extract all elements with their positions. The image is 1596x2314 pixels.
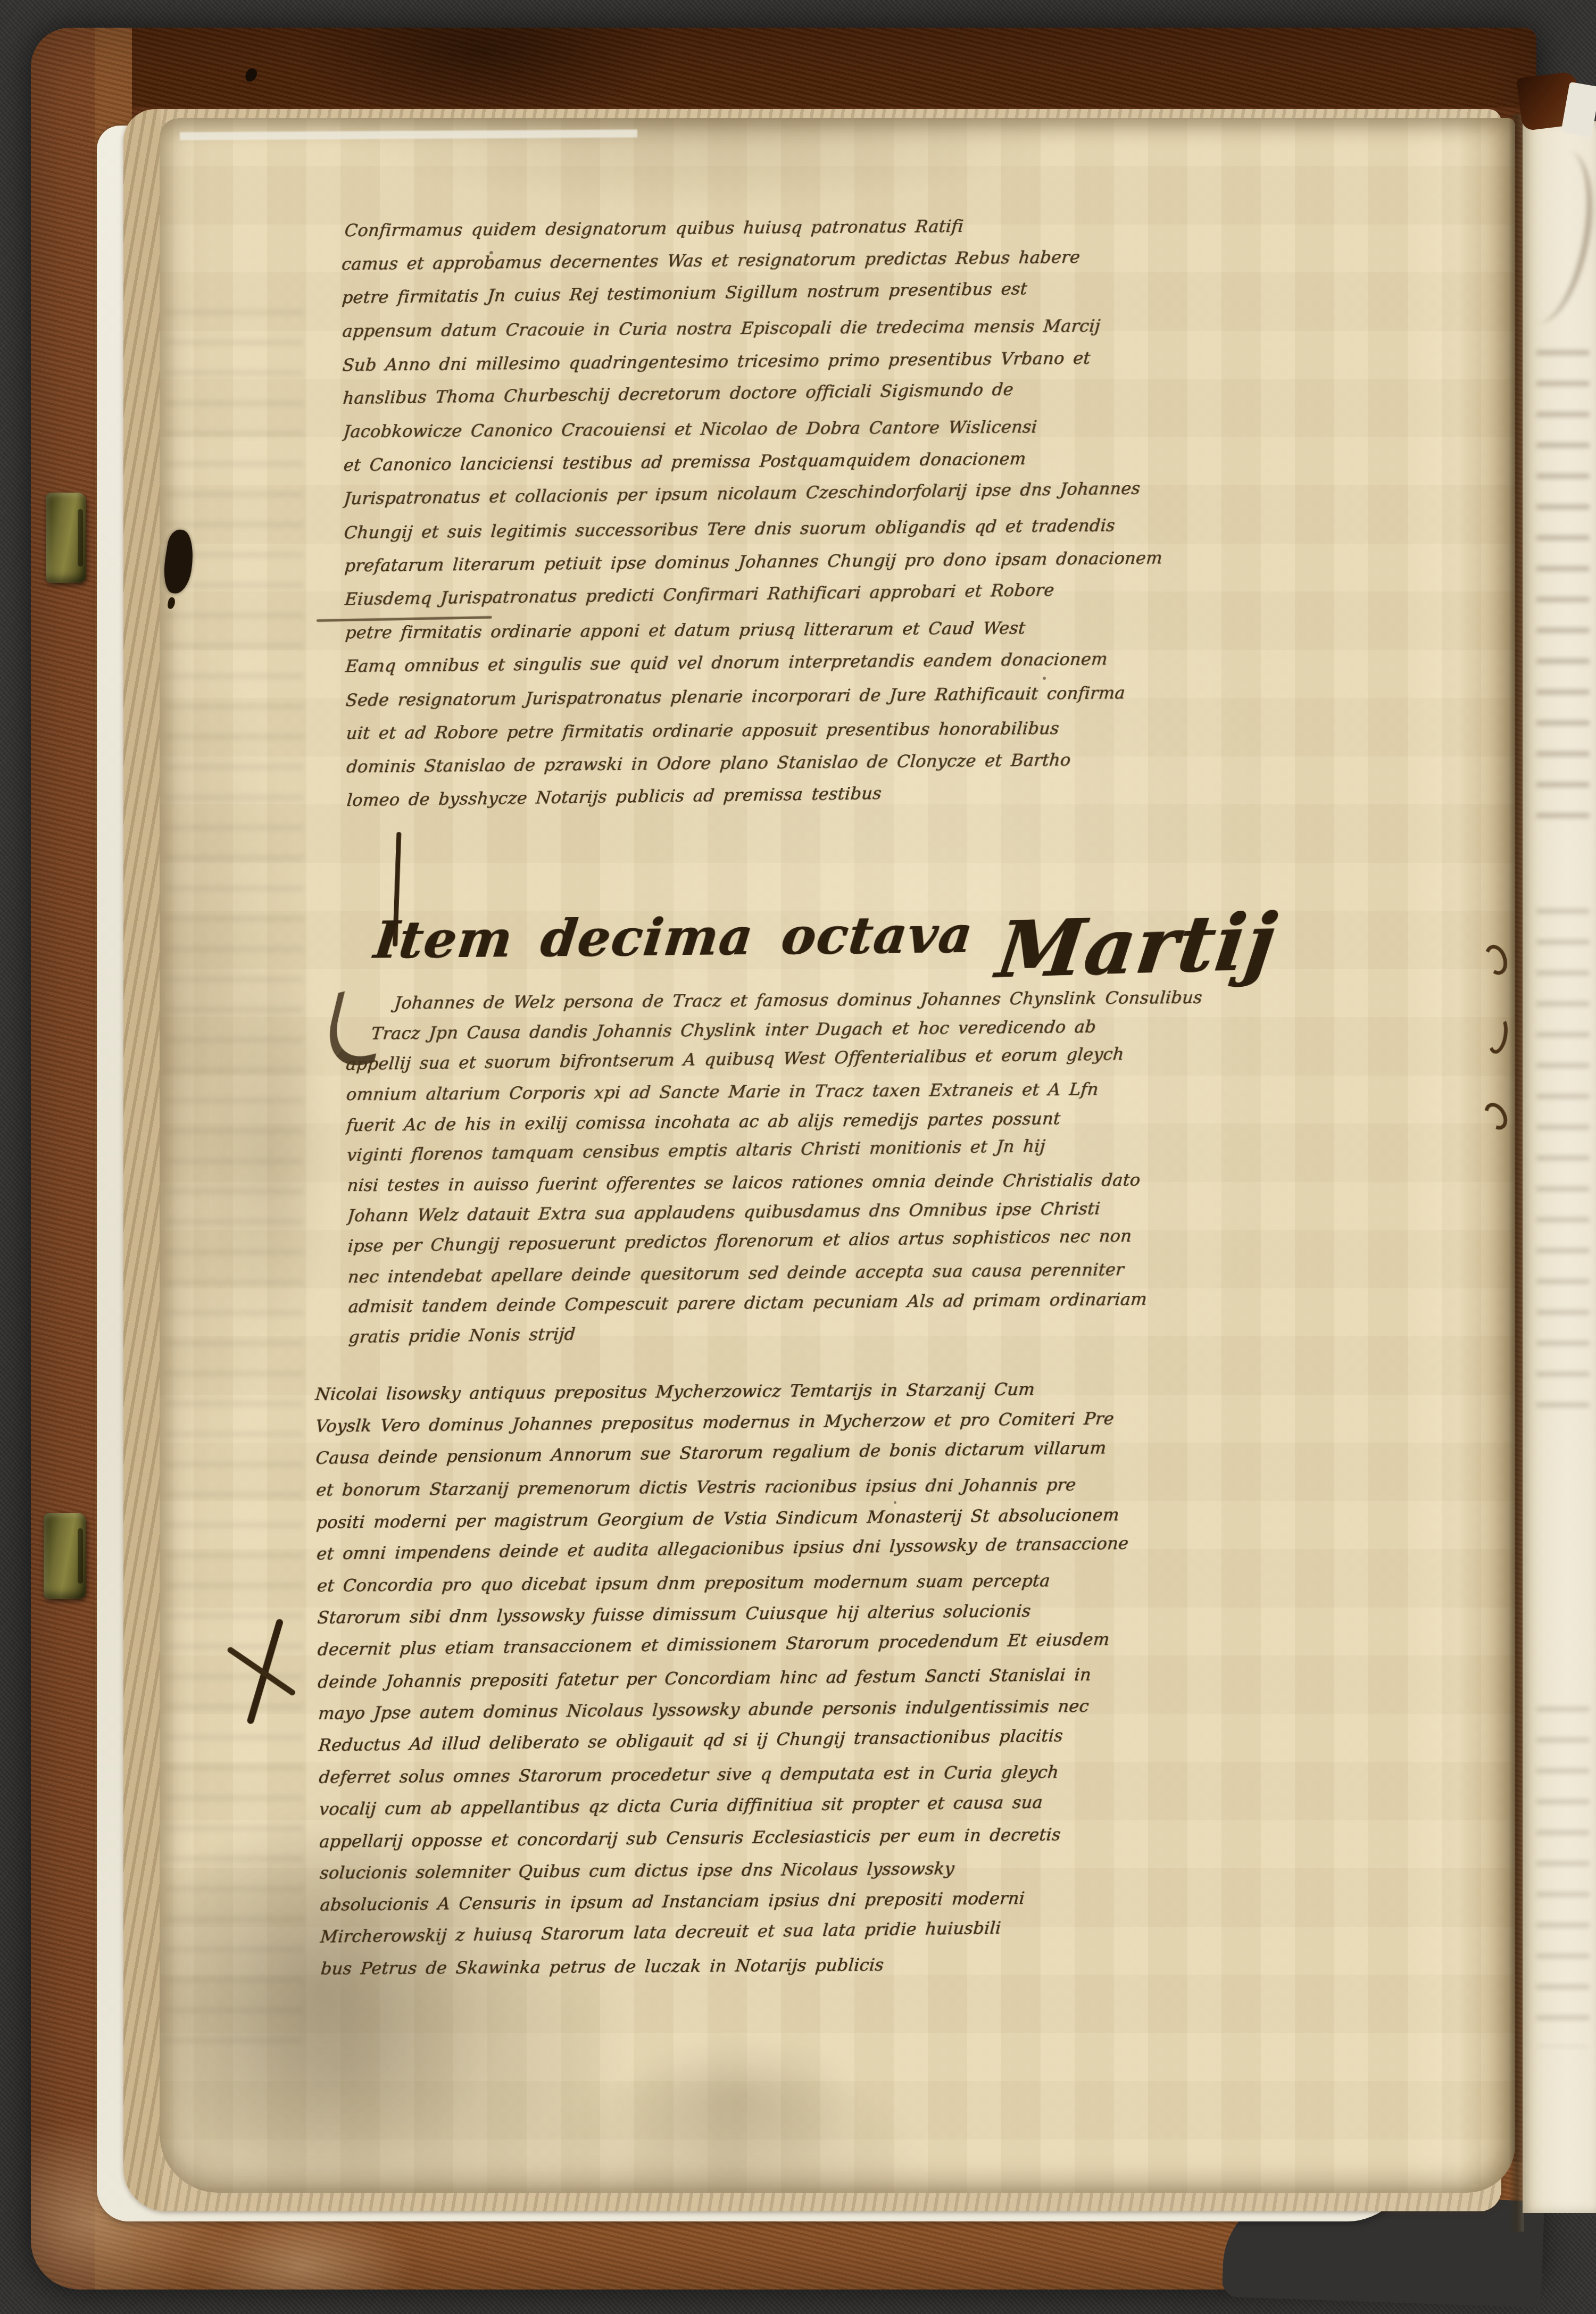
entry-block-2: Johannes de Welz persona de Tracz et fam… bbox=[344, 979, 1347, 1352]
facing-page-sliver bbox=[1523, 121, 1596, 2213]
bleedthrough-text-column bbox=[1536, 350, 1590, 839]
heading-date-text: Item decima octava bbox=[371, 906, 976, 969]
edge-ink-fragment bbox=[1485, 1014, 1510, 1055]
heading-month-text: Martij bbox=[992, 903, 1280, 989]
bleedthrough-swash bbox=[1523, 147, 1596, 330]
edge-ink-fragment bbox=[1481, 942, 1511, 978]
manuscript-page: Confirmamus quidem designatorum quibus h… bbox=[160, 118, 1515, 2193]
entry-block-3: Nicolai lisowsky antiquus prepositus Myc… bbox=[313, 1369, 1330, 1985]
entry-line: bus Petrus de Skawinka petrus de luczak … bbox=[319, 1945, 1330, 1984]
bleedthrough-text-column bbox=[1536, 909, 1590, 1430]
gutter-fold-shadow bbox=[1509, 114, 1524, 2232]
handwritten-text-layer: Confirmamus quidem designatorum quibus h… bbox=[149, 111, 1525, 2199]
brass-clasp-top bbox=[46, 493, 86, 583]
edge-ink-fragment bbox=[1480, 1098, 1512, 1134]
margin-cross-mark bbox=[230, 1617, 301, 1726]
brass-clasp-bottom bbox=[44, 1513, 86, 1599]
entry-block-1: Confirmamus quidem designatorum quibus h… bbox=[339, 204, 1335, 817]
bleedthrough-text-column bbox=[1536, 1707, 1590, 2047]
